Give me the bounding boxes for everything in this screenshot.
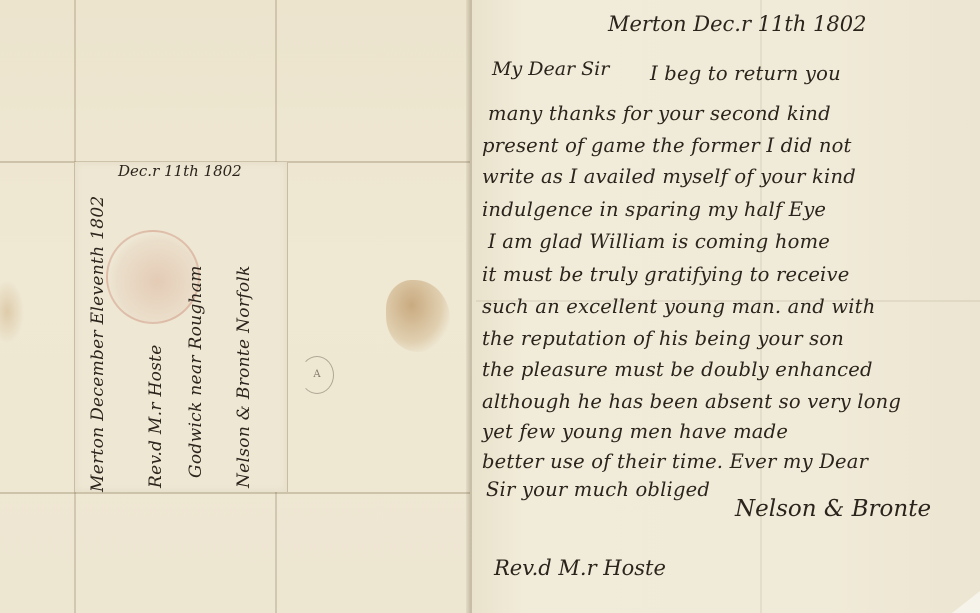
letter-signature: Nelson & Bronte — [735, 496, 931, 522]
letter-body-line: present of game the former I did not — [482, 134, 852, 157]
letter-body-line: such an excellent young man. and with — [482, 295, 875, 318]
letter-body-line: I beg to return you — [650, 62, 841, 85]
letter-body-line: although he has been absent so very long — [482, 390, 901, 413]
letter-body-line: indulgence in sparing my half Eye — [482, 198, 826, 221]
letter-text: Merton Dec.r 11th 1802 My Dear Sir I beg… — [480, 0, 980, 613]
letter-body-line: the pleasure must be doubly enhanced — [482, 358, 873, 381]
letter-body-line: yet few young men have made — [482, 420, 788, 443]
address-line-4: Nelson & Bronte Norfolk — [234, 265, 254, 488]
letter-body-line: the reputation of his being your son — [482, 327, 844, 350]
small-postal-stamp: A — [300, 356, 334, 394]
letter-scan: A Dec.r 11th 1802 Merton December Eleven… — [0, 0, 980, 613]
letter-salutation: My Dear Sir — [492, 58, 609, 80]
fold-line — [0, 492, 470, 494]
letter-body-line: many thanks for your second kind — [488, 102, 831, 125]
letter-body-line: write as I availed myself of your kind — [482, 165, 856, 188]
letter-body-line: I am glad William is coming home — [488, 230, 830, 253]
address-line-2: Rev.d M.r Hoste — [146, 344, 166, 488]
letter-recipient: Rev.d M.r Hoste — [494, 556, 666, 580]
letter-body-line: better use of their time. Ever my Dear — [482, 450, 868, 473]
letter-dateline: Merton Dec.r 11th 1802 — [608, 12, 866, 36]
docket-date: Dec.r 11th 1802 — [118, 162, 242, 180]
address-line-3: Godwick near Rougham — [186, 265, 206, 478]
address-line-1: Merton December Eleventh 1802 — [88, 195, 108, 492]
letter-body-line: Sir your much obliged — [486, 478, 710, 501]
page-corner — [952, 591, 980, 613]
letter-body-line: it must be truly gratifying to receive — [482, 263, 849, 286]
